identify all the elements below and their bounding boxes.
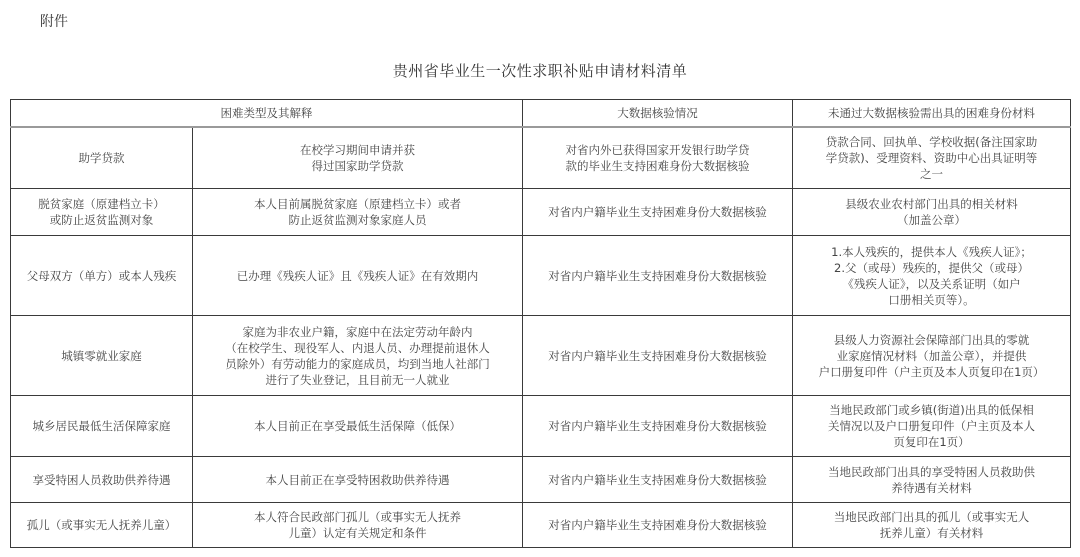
- cell-type: 父母双方（单方）或本人残疾: [11, 236, 193, 316]
- materials-table: 困难类型及其解释 大数据核验情况 未通过大数据核验需出具的困难身份材料 助学贷款…: [10, 99, 1071, 548]
- cell-explanation: 在校学习期间申请并获 得过国家助学贷款: [193, 127, 523, 189]
- cell-type: 城乡居民最低生活保障家庭: [11, 396, 193, 457]
- cell-materials: 贷款合同、回执单、学校收据(备注国家助 学贷款)、受理资料、资助中心出具证明等 …: [793, 127, 1071, 189]
- cell-type: 孤儿（或事实无人抚养儿童）: [11, 503, 193, 548]
- cell-check: 对省内户籍毕业生支持困难身份大数据核验: [523, 396, 793, 457]
- table-row: 脱贫家庭（原建档立卡） 或防止返贫监测对象 本人目前属脱贫家庭（原建档立卡）或者…: [11, 189, 1071, 236]
- cell-explanation: 本人目前正在享受特困救助供养待遇: [193, 457, 523, 503]
- table-row: 助学贷款 在校学习期间申请并获 得过国家助学贷款 对省内外已获得国家开发银行助学…: [11, 127, 1071, 189]
- cell-check: 对省内户籍毕业生支持困难身份大数据核验: [523, 316, 793, 396]
- cell-explanation: 本人符合民政部门孤儿（或事实无人抚养 儿童）认定有关规定和条件: [193, 503, 523, 548]
- cell-materials: 1.本人残疾的，提供本人《残疾人证》； 2.父（或母）残疾的，提供父（或母） 《…: [793, 236, 1071, 316]
- table-row: 城镇零就业家庭 家庭为非农业户籍，家庭中在法定劳动年龄内 （在校学生、现役军人、…: [11, 316, 1071, 396]
- cell-check: 对省内户籍毕业生支持困难身份大数据核验: [523, 189, 793, 236]
- cell-materials: 县级农业农村部门出具的相关材料 （加盖公章）: [793, 189, 1071, 236]
- cell-type: 脱贫家庭（原建档立卡） 或防止返贫监测对象: [11, 189, 193, 236]
- table-row: 孤儿（或事实无人抚养儿童） 本人符合民政部门孤儿（或事实无人抚养 儿童）认定有关…: [11, 503, 1071, 548]
- table-row: 享受特困人员救助供养待遇 本人目前正在享受特困救助供养待遇 对省内户籍毕业生支持…: [11, 457, 1071, 503]
- cell-check: 对省内户籍毕业生支持困难身份大数据核验: [523, 457, 793, 503]
- header-materials-required: 未通过大数据核验需出具的困难身份材料: [793, 100, 1071, 128]
- table-row: 父母双方（单方）或本人残疾 已办理《残疾人证》且《残疾人证》在有效期内 对省内户…: [11, 236, 1071, 316]
- header-difficulty-type: 困难类型及其解释: [11, 100, 523, 128]
- cell-materials: 当地民政部门出具的享受特困人员救助供 养待遇有关材料: [793, 457, 1071, 503]
- attachment-label: 附件: [40, 11, 68, 31]
- cell-check: 对省内外已获得国家开发银行助学贷 款的毕业生支持困难身份大数据核验: [523, 127, 793, 189]
- header-big-data-check: 大数据核验情况: [523, 100, 793, 128]
- cell-explanation: 已办理《残疾人证》且《残疾人证》在有效期内: [193, 236, 523, 316]
- table-header-row: 困难类型及其解释 大数据核验情况 未通过大数据核验需出具的困难身份材料: [11, 100, 1071, 128]
- cell-explanation: 家庭为非农业户籍，家庭中在法定劳动年龄内 （在校学生、现役军人、内退人员、办理提…: [193, 316, 523, 396]
- cell-type: 城镇零就业家庭: [11, 316, 193, 396]
- cell-type: 享受特困人员救助供养待遇: [11, 457, 193, 503]
- cell-explanation: 本人目前属脱贫家庭（原建档立卡）或者 防止返贫监测对象家庭人员: [193, 189, 523, 236]
- cell-check: 对省内户籍毕业生支持困难身份大数据核验: [523, 503, 793, 548]
- table-row: 城乡居民最低生活保障家庭 本人目前正在享受最低生活保障（低保） 对省内户籍毕业生…: [11, 396, 1071, 457]
- cell-check: 对省内户籍毕业生支持困难身份大数据核验: [523, 236, 793, 316]
- document-title: 贵州省毕业生一次性求职补贴申请材料清单: [0, 60, 1080, 81]
- cell-explanation: 本人目前正在享受最低生活保障（低保）: [193, 396, 523, 457]
- cell-materials: 当地民政部门或乡镇(街道)出具的低保相 关情况以及户口册复印件（户主页及本人 页…: [793, 396, 1071, 457]
- cell-materials: 县级人力资源社会保障部门出具的零就 业家庭情况材料（加盖公章），并提供 户口册复…: [793, 316, 1071, 396]
- cell-type: 助学贷款: [11, 127, 193, 189]
- cell-materials: 当地民政部门出具的孤儿（或事实无人 抚养儿童）有关材料: [793, 503, 1071, 548]
